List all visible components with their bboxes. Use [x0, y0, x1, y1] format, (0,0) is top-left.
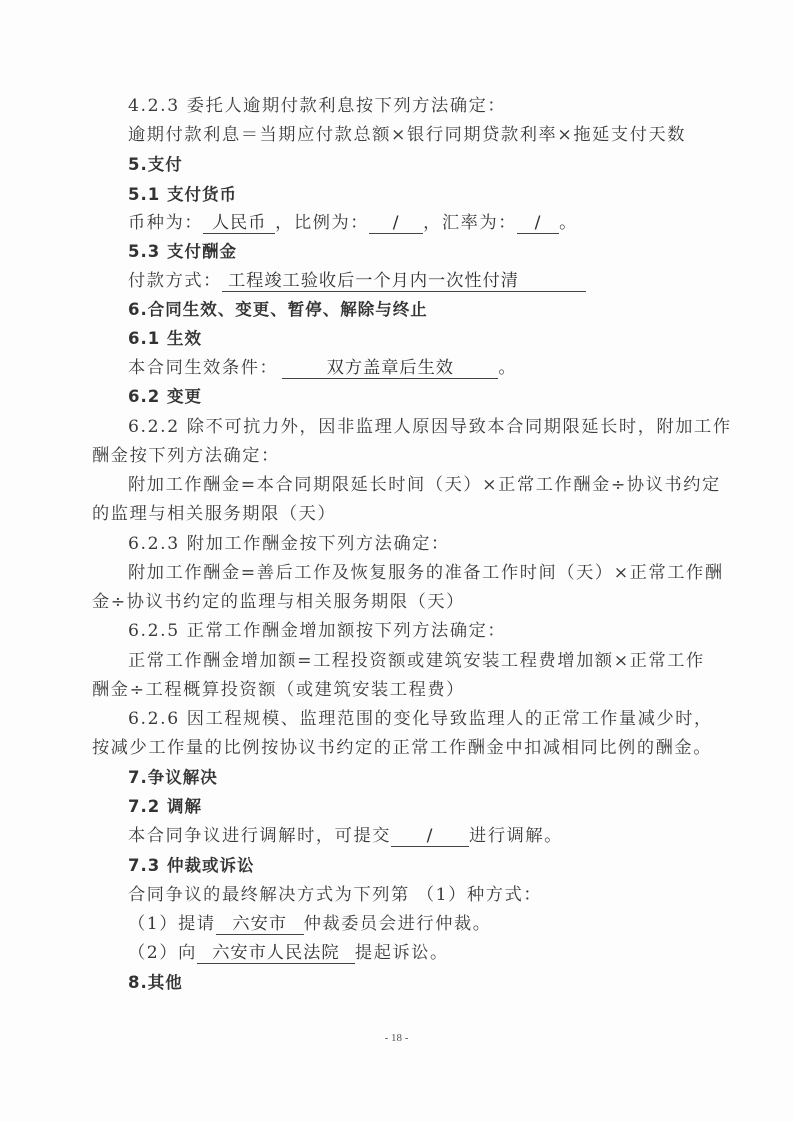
litigation-option-row: （2）向六安市人民法院提起诉讼。	[128, 941, 449, 965]
ratio-label: ，比例为：	[275, 213, 369, 233]
payment-method-row: 付款方式：工程竣工验收后一个月内一次性付清	[128, 269, 586, 293]
litigation-field: 六安市人民法院	[197, 943, 355, 964]
section-7-3-heading: 7.3 仲裁或诉讼	[128, 854, 254, 878]
formula-6-2-5-line1: 正常工作酬金增加额=工程投资额或建筑安装工程费增加额×正常工作	[128, 649, 705, 673]
clause-6-2-2-line1: 6.2.2 除不可抗力外，因非监理人原因导致本合同期限延长时，附加工作	[128, 415, 732, 439]
currency-label: 币种为：	[128, 213, 203, 233]
currency-value-field: 人民币	[203, 213, 275, 234]
formula-6-2-2-line2: 的监理与相关服务期限（天）	[92, 502, 336, 526]
currency-row: 币种为：人民币，比例为：/，汇率为：/。	[128, 211, 578, 235]
s423-heading: 4.2.3 委托人逾期付款利息按下列方法确定：	[128, 94, 506, 118]
section-8-heading: 8.其他	[128, 971, 183, 995]
effective-condition-end: 。	[498, 358, 517, 378]
payment-method-label: 付款方式：	[128, 271, 222, 291]
currency-row-end: 。	[559, 213, 578, 233]
formula-6-2-2-line1: 附加工作酬金=本合同期限延长时间（天）×正常工作酬金÷协议书约定	[128, 473, 721, 497]
mediation-field: /	[391, 826, 469, 847]
clause-6-2-5: 6.2.5 正常工作酬金增加额按下列方法确定：	[128, 619, 506, 643]
section-7-heading: 7.争议解决	[128, 766, 218, 790]
section-5-heading: 5.支付	[128, 153, 183, 177]
mediation-text-after: 进行调解。	[469, 826, 563, 846]
section-6-2-heading: 6.2 变更	[128, 385, 202, 409]
litigation-suffix: 提起诉讼。	[355, 943, 449, 963]
mediation-row: 本合同争议进行调解时，可提交/进行调解。	[128, 824, 563, 848]
section-5-1-heading: 5.1 支付货币	[128, 183, 237, 207]
section-6-1-heading: 6.1 生效	[128, 327, 202, 351]
formula-6-2-3-line2: 金÷协议书约定的监理与相关服务期限（天）	[92, 590, 465, 614]
clause-6-2-3: 6.2.3 附加工作酬金按下列方法确定：	[128, 532, 450, 556]
clause-6-2-6-line1: 6.2.6 因工程规模、监理范围的变化导致监理人的正常工作量减少时，	[128, 707, 713, 731]
formula-6-2-3-line1: 附加工作酬金=善后工作及恢复服务的准备工作时间（天）×正常工作酬	[128, 561, 724, 585]
effective-condition-field: 双方盖章后生效	[282, 358, 498, 379]
dispute-intro: 合同争议的最终解决方式为下列第 （1）种方式：	[128, 883, 542, 907]
section-6-heading: 6.合同生效、变更、暂停、解除与终止	[128, 298, 428, 322]
effective-condition-row: 本合同生效条件：双方盖章后生效。	[128, 356, 517, 380]
arbitration-field: 六安市	[216, 914, 304, 935]
rate-label: ，汇率为：	[423, 213, 517, 233]
ratio-value-field: /	[369, 213, 423, 234]
formula-6-2-5-line2: 酬金÷工程概算投资额（或建筑安装工程费）	[92, 678, 465, 702]
section-7-2-heading: 7.2 调解	[128, 795, 202, 819]
s423-formula: 逾期付款利息＝当期应付款总额×银行同期贷款利率×拖延支付天数	[128, 123, 686, 147]
document-page: 4.2.3 委托人逾期付款利息按下列方法确定： 逾期付款利息＝当期应付款总额×银…	[0, 0, 793, 1122]
clause-6-2-6-line2: 按减少工作量的比例按协议书约定的正常工作酬金中扣减相同比例的酬金。	[92, 736, 712, 760]
clause-6-2-2-line2: 酬金按下列方法确定：	[92, 444, 280, 468]
arbitration-suffix: 仲裁委员会进行仲裁。	[304, 914, 492, 934]
page-number: - 18 -	[0, 1032, 793, 1044]
arbitration-option-row: （1）提请六安市仲裁委员会进行仲裁。	[128, 912, 492, 936]
litigation-prefix: （2）向	[128, 943, 197, 963]
arbitration-prefix: （1）提请	[128, 914, 216, 934]
rate-value-field: /	[517, 213, 559, 234]
mediation-text-before: 本合同争议进行调解时，可提交	[128, 826, 391, 846]
effective-condition-label: 本合同生效条件：	[128, 358, 278, 378]
payment-method-field: 工程竣工验收后一个月内一次性付清	[222, 271, 586, 292]
section-5-3-heading: 5.3 支付酬金	[128, 240, 237, 264]
